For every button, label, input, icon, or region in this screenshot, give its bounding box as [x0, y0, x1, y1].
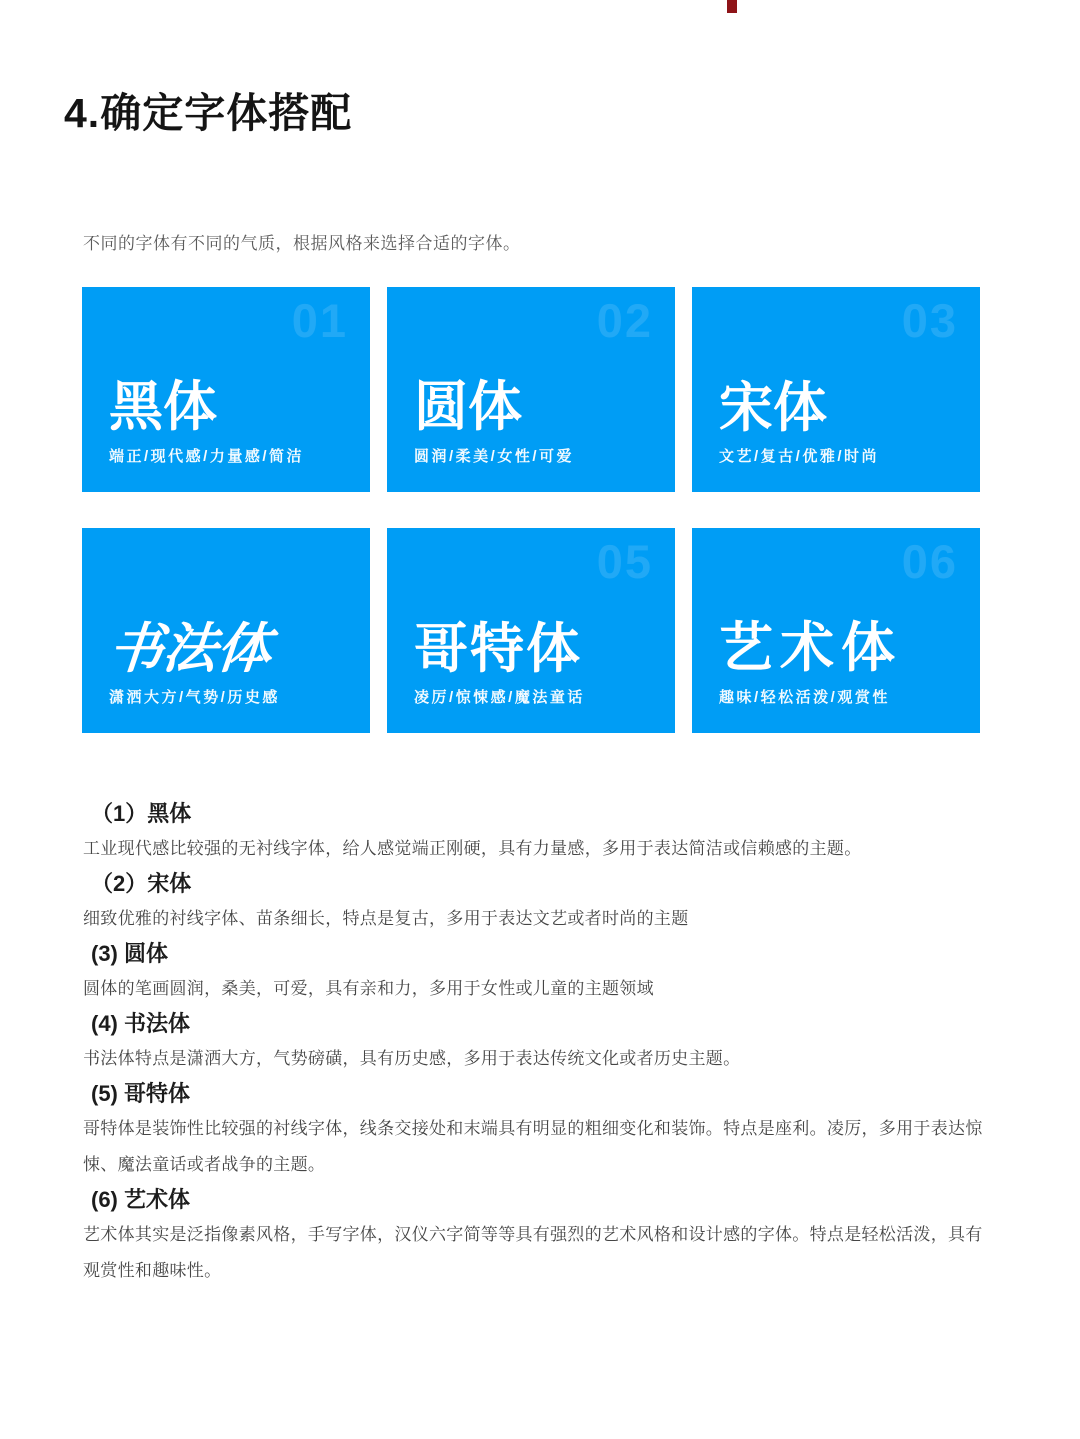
section-body: 哥特体是装饰性比较强的衬线字体，线条交接处和末端具有明显的粗细变化和装饰。特点是…: [83, 1111, 995, 1183]
card-number-watermark: 02: [597, 297, 653, 344]
card-number-watermark: 06: [902, 538, 958, 585]
font-description-section: (6) 艺术体 艺术体其实是泛指像素风格，手写字体，汉仪六字简等等具有强烈的艺术…: [83, 1183, 995, 1289]
section-body: 工业现代感比较强的无衬线字体，给人感觉端正刚硬，具有力量感，多用于表达简洁或信赖…: [83, 831, 995, 867]
card-font-traits: 趣味/轻松活泼/观赏性: [719, 686, 890, 707]
card-number-watermark: 03: [902, 297, 958, 344]
card-font-traits: 端正/现代感/力量感/简洁: [109, 445, 304, 466]
section-heading: (3) 圆体: [83, 937, 995, 971]
section-heading: (5) 哥特体: [83, 1077, 995, 1111]
card-font-name: 黑体: [109, 380, 217, 434]
article-page: 4.确定字体搭配 不同的字体有不同的气质，根据风格来选择合适的字体。 01 黑体…: [0, 0, 1080, 1439]
font-style-card: 01 黑体 端正/现代感/力量感/简洁: [82, 287, 370, 492]
card-number-watermark: 01: [292, 297, 348, 344]
font-style-card-grid: 01 黑体 端正/现代感/力量感/简洁 02 圆体 圆润/柔美/女性/可爱 03…: [82, 287, 980, 733]
card-font-name: 艺术体: [719, 621, 902, 675]
font-description-section: (5) 哥特体 哥特体是装饰性比较强的衬线字体，线条交接处和末端具有明显的粗细变…: [83, 1077, 995, 1183]
section-heading: （2）宋体: [83, 867, 995, 901]
font-style-card: 书法体 潇洒大方/气势/历史感: [82, 528, 370, 733]
font-style-card: 03 宋体 文艺/复古/优雅/时尚: [692, 287, 980, 492]
red-mark: [727, 0, 737, 13]
section-body: 细致优雅的衬线字体、苗条细长，特点是复古，多用于表达文艺或者时尚的主题: [83, 901, 995, 937]
font-style-card: 06 艺术体 趣味/轻松活泼/观赏性: [692, 528, 980, 733]
font-descriptions: （1）黑体 工业现代感比较强的无衬线字体，给人感觉端正刚硬，具有力量感，多用于表…: [83, 797, 995, 1289]
card-font-name: 宋体: [719, 380, 827, 434]
font-description-section: (3) 圆体 圆体的笔画圆润，桑美，可爱，具有亲和力，多用于女性或儿童的主题领域: [83, 937, 995, 1007]
font-style-card: 02 圆体 圆润/柔美/女性/可爱: [387, 287, 675, 492]
card-font-traits: 凌厉/惊悚感/魔法童话: [414, 686, 585, 707]
intro-text: 不同的字体有不同的气质，根据风格来选择合适的字体。: [83, 229, 521, 254]
section-heading: （1）黑体: [83, 797, 995, 831]
card-font-traits: 圆润/柔美/女性/可爱: [414, 445, 574, 466]
card-font-traits: 文艺/复古/优雅/时尚: [719, 445, 879, 466]
section-heading: (6) 艺术体: [83, 1183, 995, 1217]
card-font-name: 哥特体: [414, 621, 582, 675]
card-font-traits: 潇洒大方/气势/历史感: [109, 686, 280, 707]
section-body: 艺术体其实是泛指像素风格，手写字体，汉仪六字简等等具有强烈的艺术风格和设计感的字…: [83, 1217, 995, 1289]
card-font-name: 圆体: [414, 380, 522, 434]
section-body: 圆体的笔画圆润，桑美，可爱，具有亲和力，多用于女性或儿童的主题领域: [83, 971, 995, 1007]
font-description-section: （1）黑体 工业现代感比较强的无衬线字体，给人感觉端正刚硬，具有力量感，多用于表…: [83, 797, 995, 867]
section-body: 书法体特点是潇洒大方，气势磅磺，具有历史感，多用于表达传统文化或者历史主题。: [83, 1041, 995, 1077]
card-font-name: 书法体: [107, 621, 274, 675]
page-title: 4.确定字体搭配: [64, 80, 352, 139]
font-description-section: (4) 书法体 书法体特点是潇洒大方，气势磅磺，具有历史感，多用于表达传统文化或…: [83, 1007, 995, 1077]
font-style-card: 05 哥特体 凌厉/惊悚感/魔法童话: [387, 528, 675, 733]
font-description-section: （2）宋体 细致优雅的衬线字体、苗条细长，特点是复古，多用于表达文艺或者时尚的主…: [83, 867, 995, 937]
card-number-watermark: 05: [597, 538, 653, 585]
section-heading: (4) 书法体: [83, 1007, 995, 1041]
